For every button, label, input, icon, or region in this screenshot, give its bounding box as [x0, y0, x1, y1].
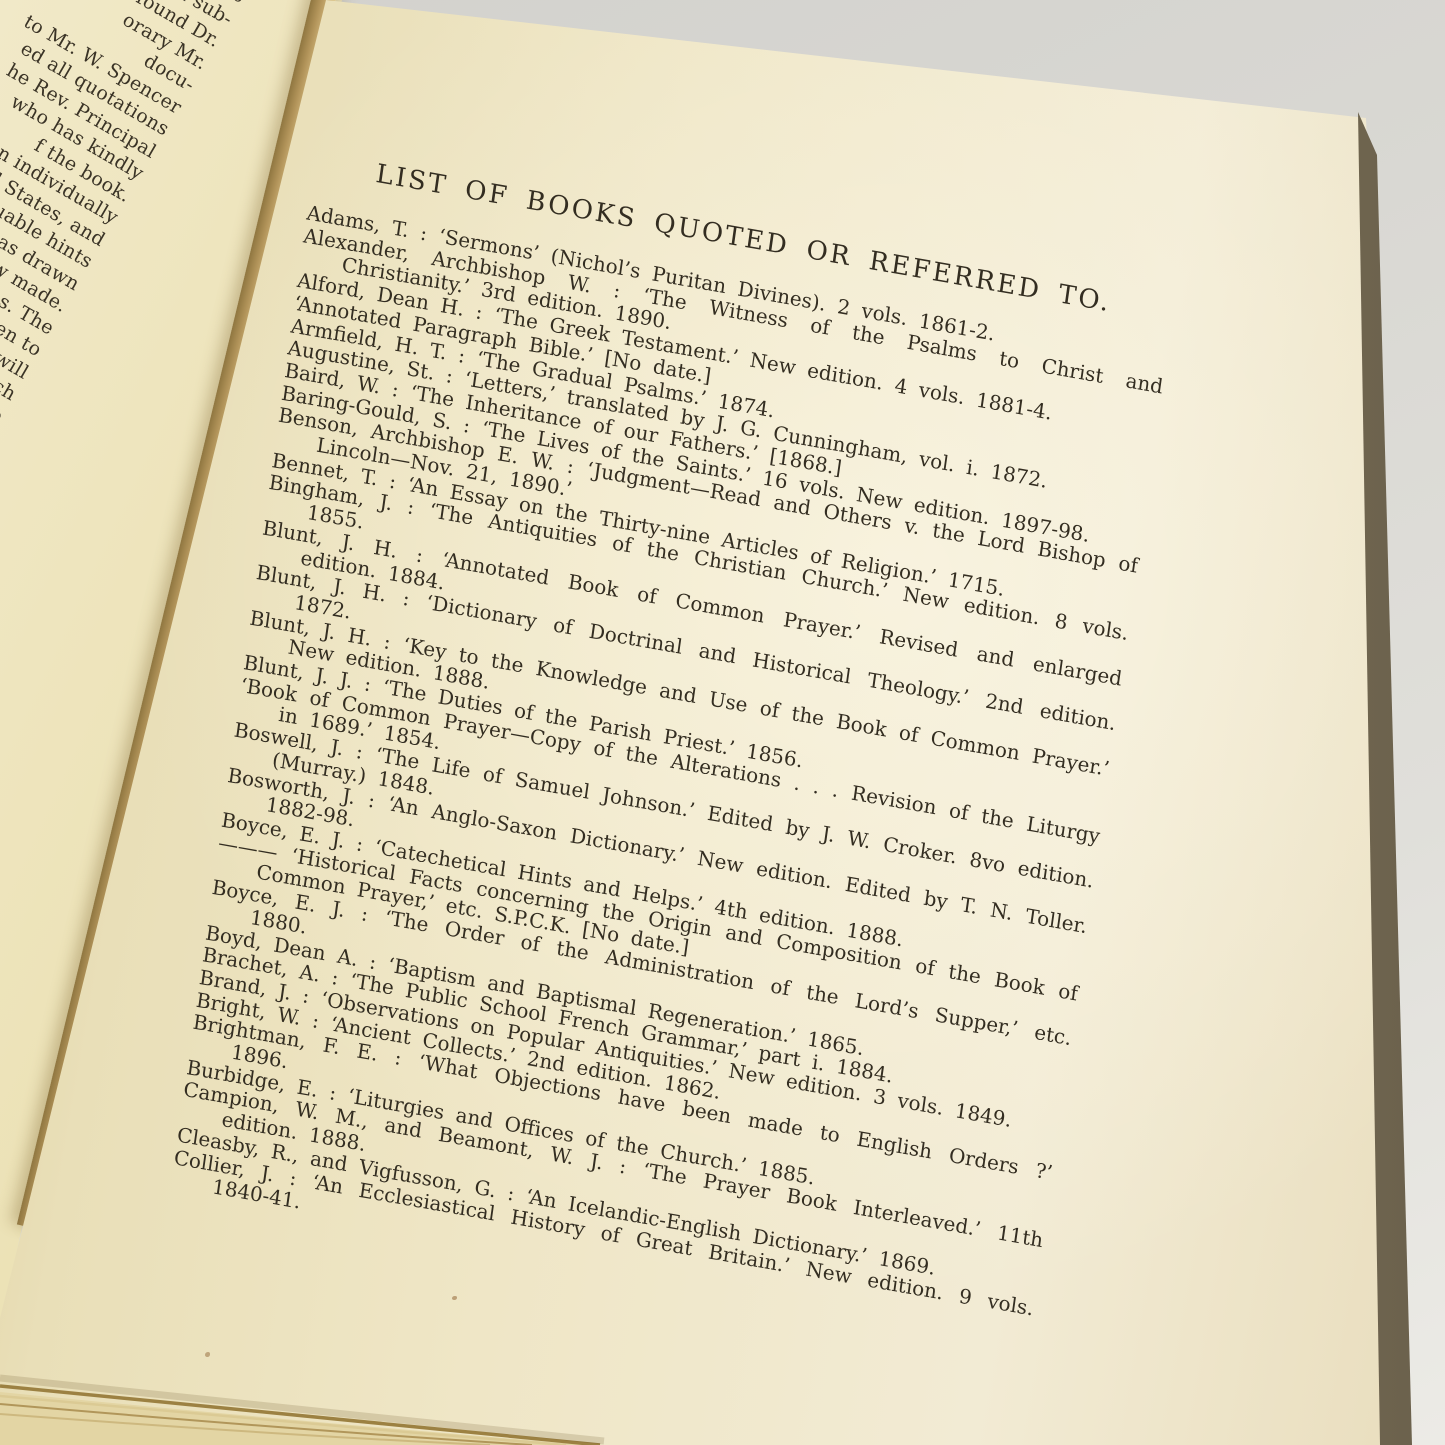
page-stack-curl	[0, 1358, 760, 1445]
page-stack-fill	[0, 1392, 588, 1445]
bibliography-entries: Adams, T. : ‘Sermons’ (Nichol’s Puritan …	[169, 201, 1167, 1342]
paper-speck	[205, 1352, 210, 1357]
paper-speck	[1239, 25, 1249, 37]
paper-speck	[452, 1296, 457, 1300]
open-book-photo: e theand sub-found Dr.orary Mr.docu-to M…	[0, 0, 1445, 1445]
bibliography-block: LIST OF BOOKS QUOTED OR REFERRED TO. Ada…	[169, 148, 1175, 1342]
